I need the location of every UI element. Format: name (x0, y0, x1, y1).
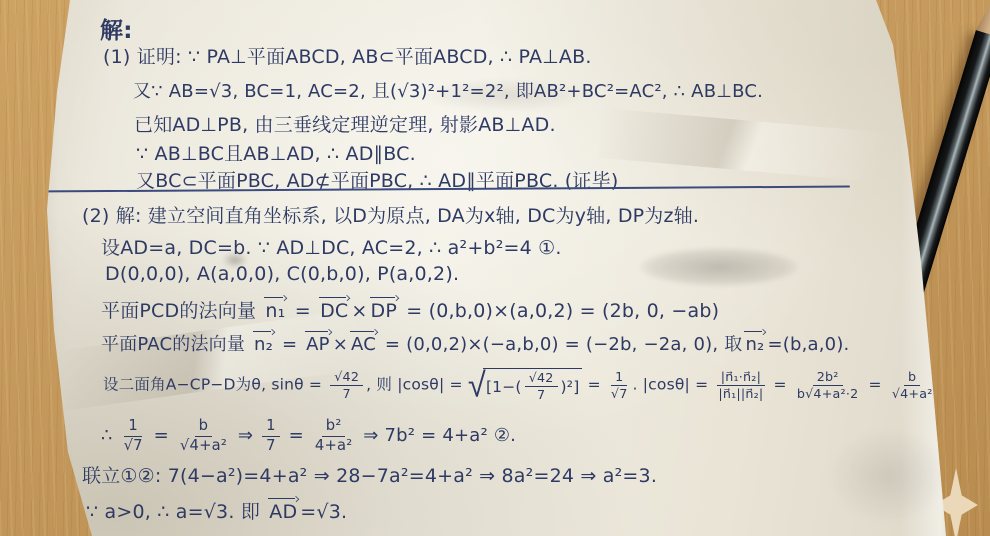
square-root-expression: √[1−(√427)²] (468, 368, 583, 402)
fraction-1-over-7: 17 (262, 418, 280, 454)
dihedral-angle-line: 设二面角A−CP−D为θ, sinθ = √427, 则 |cosθ| = √[… (103, 368, 938, 402)
vector-DP: DP (369, 298, 400, 322)
text-segment: = (0,0,2)×(−a,b,0) = (−2b, −2a, 0), 取 (379, 334, 742, 355)
text-segment: , 则 |cosθ| = (366, 376, 468, 394)
sqrt-symbol: √ (468, 372, 486, 399)
proof-line-4: ∵ AB⊥BC且AB⊥AD, ∴ AD∥BC. (136, 139, 416, 166)
fraction-sqrt42-over-7: √427 (525, 371, 558, 402)
vector-n1: n₁ (263, 298, 287, 322)
text-segment: = (768, 376, 791, 394)
text-segment: 平面PCD的法向量 (101, 300, 262, 322)
text-segment: = (0,b,0)×(a,0,2) = (2b, 0, −ab) (400, 300, 719, 322)
text-segment: =√3. (300, 501, 347, 523)
text-segment: = (288, 300, 317, 322)
fraction-1-over-sqrt7: 1√7 (122, 418, 145, 454)
times-sign: × (333, 334, 348, 355)
vector-AP: AP (304, 332, 332, 355)
text-segment: = (283, 425, 310, 446)
part2-setup-line: (2) 解: 建立空间直角坐标系, 以D为原点, DA为x轴, DC为y轴, D… (82, 201, 699, 228)
eraser-smudge (640, 248, 798, 286)
fraction-b-over-sqrt: b√4+a² (890, 370, 935, 401)
text-segment: = (276, 334, 303, 355)
fraction-sqrt42-over-7: √427 (330, 370, 363, 401)
conclusion-line: ∵ a>0, ∴ a=√3. 即 AD=√3. (86, 497, 347, 524)
text-segment: ∴ (101, 425, 119, 446)
part2-coordinates-line: D(0,0,0), A(a,0,0), C(0,b,0), P(a,0,2). (105, 263, 459, 285)
text-segment: = (148, 425, 175, 446)
part2-variables-line: 设AD=a, DC=b. ∵ AD⊥DC, AC=2, ∴ a²+b²=4 ①. (101, 233, 562, 260)
vector-n2: n₂ (252, 332, 275, 355)
paper-sheet: 解: (1) 证明: ∵ PA⊥平面ABCD, AB⊂平面ABCD, ∴ PA⊥… (0, 0, 990, 536)
fraction-b-over-sqrt: b√4+a² (178, 418, 229, 454)
vector-AD: AD (267, 499, 299, 523)
vector-DC: DC (318, 298, 350, 322)
text-segment: . |cosθ| = (633, 376, 714, 394)
equation-chain-line: ∴ 1√7 = b√4+a² ⇒ 17 = b²4+a² ⇒ 7b² = 4+a… (101, 418, 516, 454)
proof-line-3: 已知AD⊥PB, 由三垂线定理逆定理, 射影AB⊥AD. (134, 110, 556, 137)
fraction-b2-over-4a2: b²4+a² (313, 418, 355, 454)
combine-equations-line: 联立①②: 7(4−a²)=4+a² ⇒ 28−7a²=4+a² ⇒ 8a²=2… (82, 461, 657, 488)
fraction-dot-product: |n⃗₁·n⃗₂||n⃗₁||n⃗₂| (716, 370, 765, 401)
times-sign: × (351, 300, 367, 322)
corner-smudge (828, 428, 948, 524)
fraction-1-over-sqrt7: 1√7 (609, 370, 630, 401)
text-segment: = (582, 376, 605, 394)
fraction-2b2: 2b²b√4+a²·2 (795, 370, 860, 401)
text-segment: ⇒ (232, 425, 259, 446)
normal-vector-n2-line: 平面PAC的法向量 n₂ = AP×AC = (0,0,2)×(−a,b,0) … (101, 330, 849, 356)
text-segment: 平面PAC的法向量 (101, 334, 251, 355)
text-segment: = (863, 376, 886, 394)
solution-heading: 解: (100, 12, 133, 45)
normal-vector-n1-line: 平面PCD的法向量 n₁ = DC×DP = (0,b,0)×(a,0,2) =… (101, 296, 719, 323)
vector-n2: n₂ (743, 332, 766, 355)
text-segment: =(b,a,0). (767, 334, 849, 355)
proof-line-2: 又∵ AB=√3, BC=1, AC=2, 且(√3)²+1²=2², 即AB²… (133, 77, 763, 103)
text-segment: 设二面角A−CP−D为θ, sinθ = (103, 376, 327, 394)
vector-AC: AC (349, 332, 378, 355)
text-segment: ⇒ 7b² = 4+a² ②. (357, 425, 516, 446)
paper-crease (598, 108, 881, 182)
proof-line-1: (1) 证明: ∵ PA⊥平面ABCD, AB⊂平面ABCD, ∴ PA⊥AB. (103, 42, 592, 69)
text-segment: ∵ a>0, ∴ a=√3. 即 (86, 501, 266, 523)
